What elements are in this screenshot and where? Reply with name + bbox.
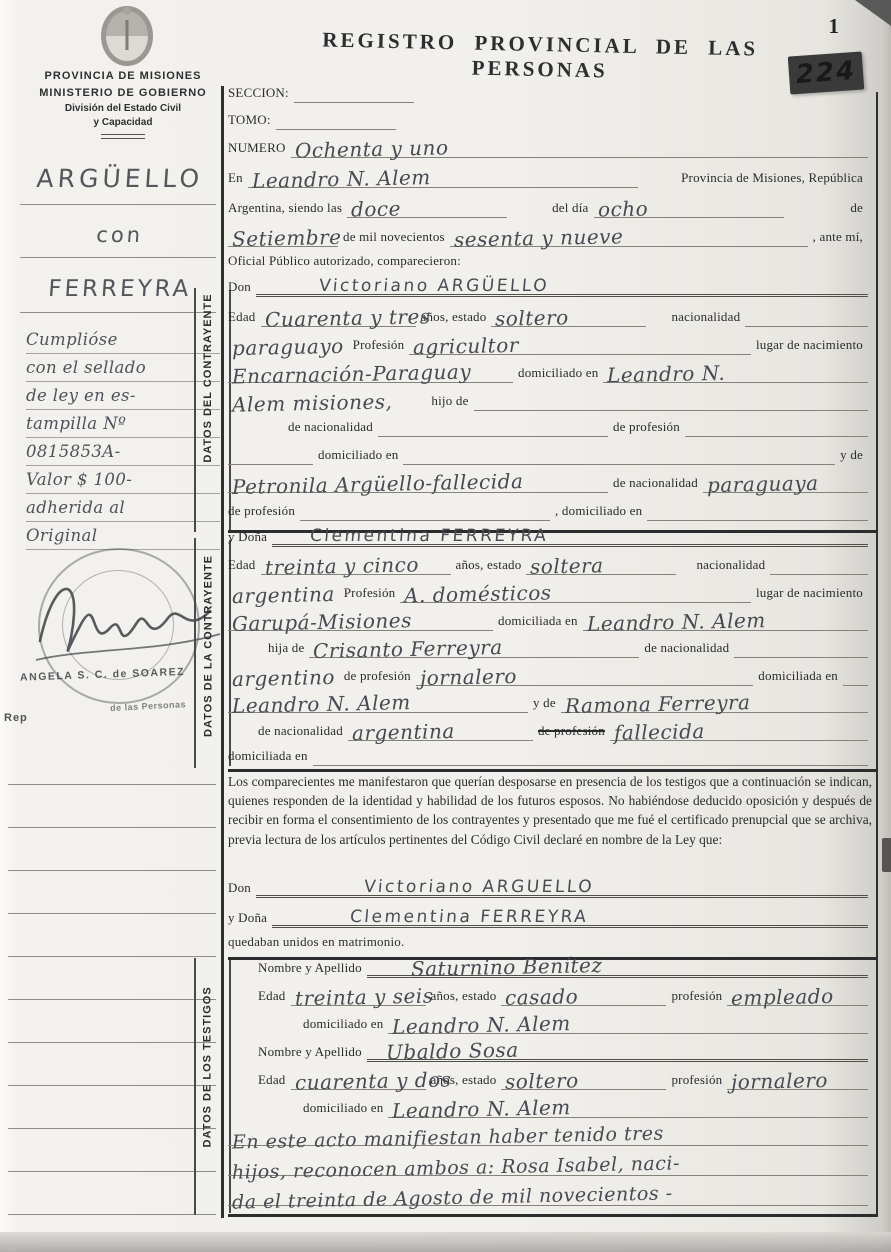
- row-bride-profesion: argentina Profesión A. domésticos lugar …: [228, 577, 868, 603]
- witness2-name: Ubaldo Sosa: [382, 1038, 523, 1065]
- groom-madre-dom-label: , domiciliado en: [550, 503, 647, 521]
- bride-prof-label: Profesión: [339, 585, 401, 603]
- declaration-don-name: Victoriano ARGUELLO: [355, 877, 603, 897]
- bride-madre-name: Ramona Ferreyra: [561, 690, 755, 718]
- row-children-note-3: da el treinta de Agosto de mil novecient…: [228, 1180, 868, 1206]
- bride-padre-dom-blank: [843, 685, 868, 686]
- dia-line: ocho: [594, 193, 784, 218]
- groom-nac-label: nacionalidad: [666, 309, 745, 327]
- groom-edad-line: Cuarenta y tres: [261, 302, 416, 327]
- row-bride-madre-dom: domiciliada en: [228, 740, 868, 766]
- bride-yde-label: y de: [528, 695, 561, 713]
- groom-madre-nac-label: de nacionalidad: [608, 475, 703, 493]
- witness2-prof-line: jornalero: [727, 1065, 868, 1090]
- dia-label: del día: [547, 200, 593, 218]
- case-title-block: ARGÜELLO con FERREYRA: [22, 148, 218, 313]
- row-groom-madre: Petronila Argüello-fallecida de nacional…: [228, 467, 868, 493]
- bride-name: Clementina FERREYRA: [301, 526, 557, 546]
- numero-line: Ochenta y uno: [291, 133, 868, 158]
- groom-nac-blank: [745, 326, 868, 327]
- row-bride-edad: Edad treinta y cinco años, estado solter…: [228, 549, 868, 575]
- bride-prof-value: A. domésticos: [400, 580, 556, 607]
- witness2-dom-value: Leandro N. Alem: [388, 1095, 575, 1123]
- page-number: 1: [829, 14, 840, 39]
- dona-label: y Doña: [228, 529, 272, 547]
- witness1-estado-line: casado: [501, 981, 666, 1006]
- org-divider: [101, 134, 145, 139]
- bride-prof-line: A. domésticos: [400, 578, 751, 603]
- row-tomo: TOMO:: [228, 104, 868, 130]
- row-declaration-dona: y Doña Clementina FERREYRA: [228, 902, 868, 928]
- groom-padre-dom-blank: [403, 464, 835, 465]
- witness1-edad-value: treinta y seis: [290, 983, 437, 1010]
- mes-line: Setiembre: [228, 222, 338, 247]
- groom-padre-dom-lead-blank: [228, 464, 313, 465]
- witness2-edad-value: cuarenta y dos: [290, 1067, 455, 1094]
- bride-madre-dom-blank: [313, 765, 868, 766]
- declaration-dona-line: Clementina FERREYRA: [272, 905, 868, 928]
- row-witness2-edad: Edad cuarenta y dos años, estado soltero…: [228, 1064, 868, 1090]
- witness2-dom-line: Leandro N. Alem: [388, 1093, 868, 1118]
- witness2-edad-line: cuarenta y dos: [291, 1065, 426, 1090]
- groom-name-line: Victoriano ARGÜELLO: [256, 274, 868, 297]
- blank-margin-ruled-lines: [8, 742, 216, 1217]
- row-groom-padre-dom: domiciliado en y de: [228, 439, 868, 465]
- row-witness1-edad: Edad treinta y seis años, estado casado …: [228, 980, 868, 1006]
- groom-side-label: DATOS DEL CONTRAYENTE: [202, 293, 214, 463]
- bride-edad-label: Edad: [228, 557, 261, 575]
- row-groom-madre-prof: de profesión , domiciliado en: [228, 495, 868, 521]
- case-surname-groom: ARGÜELLO: [20, 148, 220, 205]
- marginal-stamp-duty-note: Cumplióse con el sellado de ley en es- t…: [26, 326, 220, 552]
- declaration-paragraph: Los comparecientes me manifestaron que q…: [228, 772, 872, 849]
- hora-value: doce: [347, 196, 405, 221]
- row-lugar: En Leandro N. Alem Provincia de Misiones…: [228, 162, 868, 188]
- declaration-dona-name: Clementina FERREYRA: [341, 907, 597, 927]
- seccion-label: SECCION:: [228, 85, 294, 103]
- bride-padre-dom-line: Leandro N. Alem: [228, 688, 528, 713]
- provincia-label: Provincia de Misiones, República: [676, 170, 868, 188]
- groom-section-outer-line: [194, 288, 196, 532]
- groom-estado-value: soltero: [491, 305, 573, 331]
- groom-padre-dom-label: domiciliado en: [313, 447, 403, 465]
- bride-nacim-line: Garupá-Misiones: [228, 606, 493, 631]
- row-bride-name: y Doña Clementina FERREYRA: [228, 521, 868, 547]
- witness1-estado-value: casado: [501, 984, 583, 1010]
- bride-madre-nac-label: de nacionalidad: [258, 723, 348, 741]
- groom-yde-label: y de: [835, 447, 868, 465]
- bride-padre-nac-label: de nacionalidad: [639, 640, 734, 658]
- bride-section-outer-line: [194, 538, 196, 768]
- bride-name-line: Clementina FERREYRA: [272, 524, 868, 547]
- groom-edad-value: Cuarenta y tres: [260, 304, 434, 332]
- witness2-name-label: Nombre y Apellido: [258, 1044, 367, 1062]
- witness1-prof-value: empleado: [727, 984, 838, 1010]
- groom-madre-prof-label: de profesión: [228, 503, 300, 521]
- groom-nacim-label: lugar de nacimiento: [751, 337, 868, 355]
- witness2-prof-value: jornalero: [727, 1068, 832, 1094]
- page-edge-mark: [882, 838, 891, 872]
- row-seccion: SECCION:: [228, 77, 868, 103]
- oficial-label: Oficial Público autorizado, compareciero…: [228, 253, 466, 271]
- en-label: En: [228, 170, 248, 188]
- witness1-edad-label: Edad: [258, 988, 291, 1006]
- witness1-name: Saturnino Benítez: [407, 953, 607, 981]
- row-groom-nacimiento: Encarnación-Paraguay domiciliado en Lean…: [228, 357, 868, 383]
- row-groom-padre-nac: de nacionalidad de profesión: [228, 411, 868, 437]
- bride-madre-estado-line: fallecida: [610, 716, 868, 741]
- children-note-line-3: da el treinta de Agosto de mil novecient…: [228, 1183, 868, 1206]
- bride-estado-label: años, estado: [451, 557, 527, 575]
- case-surname-bride: FERREYRA: [20, 258, 220, 313]
- bride-padre-nac-blank: [734, 657, 868, 658]
- row-numero: NUMERO Ochenta y uno: [228, 132, 868, 158]
- groom-madre-nac-value: paraguaya: [703, 471, 823, 497]
- row-groom-hijo: Alem misiones, hijo de: [228, 385, 868, 411]
- bride-side-label: DATOS DE LA CONTRAYENTE: [203, 554, 215, 739]
- bride-edad-line: treinta y cinco: [261, 550, 451, 575]
- groom-prof-label: Profesión: [348, 337, 410, 355]
- bride-nac-blank: [770, 574, 868, 575]
- witness2-prof-label: profesión: [666, 1072, 727, 1090]
- lugar-value: Leandro N. Alem: [248, 165, 435, 193]
- groom-padre-prof-blank: [685, 436, 868, 437]
- witness2-estado-line: soltero: [501, 1065, 666, 1090]
- row-bride-madre: Leandro N. Alem y de Ramona Ferreyra: [228, 687, 868, 713]
- bride-madre-nac-line: argentina: [348, 716, 533, 741]
- witness2-name-line: Ubaldo Sosa: [367, 1035, 868, 1062]
- declaration-don-line: Victoriano ARGUELLO: [256, 875, 868, 898]
- row-declaration-don: Don Victoriano ARGUELLO: [228, 872, 868, 898]
- union-label: quedaban unidos en matrimonio.: [228, 934, 409, 952]
- witness1-dom-line: Leandro N. Alem: [388, 1009, 868, 1034]
- row-groom-edad: Edad Cuarenta y tres años, estado solter…: [228, 301, 868, 327]
- bride-madre-dom-label: domiciliada en: [228, 748, 313, 766]
- witness1-name-line: Saturnino Benítez: [367, 951, 868, 978]
- division-name-line2: y Capacidad: [28, 116, 218, 130]
- bride-padre-name: Crisanto Ferreyra: [309, 635, 507, 663]
- groom-dom-label: domiciliado en: [513, 365, 603, 383]
- groom-madre-line: Petronila Argüello-fallecida: [228, 468, 608, 493]
- case-conjunction: con: [20, 205, 220, 258]
- witness-side-label: DATOS DE LOS TESTIGOS: [202, 993, 214, 1148]
- margin-mark: Rep: [4, 712, 28, 724]
- bride-estado-value: soltera: [526, 553, 608, 579]
- witness1-prof-line: empleado: [727, 981, 868, 1006]
- row-oficial: Oficial Público autorizado, compareciero…: [228, 245, 868, 271]
- row-bride-padre-prof: argentino de profesión jornalero domicil…: [228, 660, 868, 686]
- witness-section-outer-line: [194, 958, 196, 1215]
- argentina-label: Argentina, siendo las: [228, 200, 347, 218]
- row-bride-madre-nac: de nacionalidad argentina de profesión f…: [228, 715, 868, 741]
- row-children-note-1: En este acto manifiestan haber tenido tr…: [228, 1120, 868, 1146]
- dia-value: ocho: [593, 196, 652, 221]
- bride-madre-prof-label-struck: de profesión: [533, 723, 610, 741]
- hora-line: doce: [347, 193, 507, 218]
- groom-dom-value1: Leandro N.: [603, 361, 730, 388]
- anio-line: sesenta y nueve: [450, 222, 808, 247]
- argentina-coat-of-arms-icon: [96, 4, 158, 66]
- seccion-blank: [294, 102, 414, 103]
- row-union: quedaban unidos en matrimonio.: [228, 926, 868, 952]
- witness1-prof-label: profesión: [666, 988, 727, 1006]
- bride-hija-label: hija de: [268, 640, 309, 658]
- corner-fold-mark: [855, 0, 891, 26]
- groom-name: Victoriano ARGÜELLO: [310, 276, 558, 296]
- bride-dom-label: domiciliada en: [493, 613, 583, 631]
- division-name-line1: División del Estado Civil: [28, 102, 218, 116]
- tomo-blank: [276, 129, 396, 130]
- witness1-edad-line: treinta y seis: [291, 981, 426, 1006]
- groom-edad-label: Edad: [228, 309, 261, 327]
- groom-hijo-label: hijo de: [426, 393, 473, 411]
- groom-padre-nac-blank: [378, 436, 608, 437]
- form-left-divider: [221, 86, 224, 1218]
- groom-nacim-line: Encarnación-Paraguay: [228, 358, 513, 383]
- declaration-don-label: Don: [228, 880, 256, 898]
- bride-nac-label: nacionalidad: [691, 557, 770, 575]
- row-hora-dia: Argentina, siendo las doce del día ocho …: [228, 192, 868, 218]
- children-note-line-2: hijos, reconocen ambos a: Rosa Isabel, n…: [228, 1153, 868, 1176]
- row-bride-hija: hija de Crisanto Ferreyra de nacionalida…: [228, 632, 868, 658]
- province-name: PROVINCIA DE MISIONES: [28, 68, 218, 85]
- bride-padre-dom-value: Leandro N. Alem: [228, 690, 415, 718]
- issuing-office-block: PROVINCIA DE MISIONES MINISTERIO DE GOBI…: [28, 68, 218, 139]
- de-label: de: [845, 200, 868, 218]
- row-bride-nacimiento: Garupá-Misiones domiciliada en Leandro N…: [228, 605, 868, 631]
- scanned-marriage-record-page: REGISTRO PROVINCIAL DE LAS PERSONAS 1 22…: [0, 0, 891, 1252]
- witness2-edad-label: Edad: [258, 1072, 291, 1090]
- children-note-line-1: En este acto manifiestan haber tenido tr…: [228, 1123, 868, 1146]
- children-note-text-1: En este acto manifiestan haber tenido tr…: [228, 1122, 668, 1153]
- bride-edad-value: treinta y cinco: [260, 552, 422, 579]
- children-note-text-3: da el treinta de Agosto de mil novecient…: [228, 1182, 677, 1213]
- groom-padre-prof-label: de profesión: [608, 419, 685, 437]
- witness2-dom-label: domiciliado en: [303, 1100, 388, 1118]
- groom-prof-line: agricultor: [409, 330, 751, 355]
- bride-padre-dom-label: domiciliada en: [753, 668, 843, 686]
- don-label: Don: [228, 279, 256, 297]
- groom-estado-line: soltero: [491, 302, 646, 327]
- bride-padre-prof-line: jornalero: [416, 661, 753, 686]
- groom-madre-nac-line: paraguaya: [703, 468, 868, 493]
- row-groom-name: Don Victoriano ARGÜELLO: [228, 271, 868, 297]
- row-witness2-name: Nombre y Apellido Ubaldo Sosa: [228, 1036, 868, 1062]
- row-children-note-2: hijos, reconocen ambos a: Rosa Isabel, n…: [228, 1150, 868, 1176]
- bride-madre-line: Ramona Ferreyra: [561, 688, 868, 713]
- row-groom-profesion: paraguayo Profesión agricultor lugar de …: [228, 329, 868, 355]
- witness1-name-label: Nombre y Apellido: [258, 960, 367, 978]
- groom-dom-line: Leandro N.: [603, 358, 868, 383]
- row-mes-anio: Setiembre de mil novecientos sesenta y n…: [228, 221, 868, 247]
- row-witness1-name: Nombre y Apellido Saturnino Benítez: [228, 952, 868, 978]
- bride-nacim-label: lugar de nacimiento: [751, 585, 868, 603]
- row-witness1-dom: domiciliado en Leandro N. Alem: [228, 1008, 868, 1034]
- groom-prof-value: agricultor: [409, 333, 523, 359]
- row-witness2-dom: domiciliado en Leandro N. Alem: [228, 1092, 868, 1118]
- numero-label: NUMERO: [228, 140, 291, 158]
- bride-padre-prof-label: de profesión: [339, 668, 416, 686]
- witness2-estado-value: soltero: [501, 1068, 583, 1094]
- witness1-dom-label: domiciliado en: [303, 1016, 388, 1034]
- lugar-line: Leandro N. Alem: [248, 163, 638, 188]
- numero-value: Ochenta y uno: [290, 135, 452, 162]
- ministry-name: MINISTERIO DE GOBIERNO: [28, 85, 218, 102]
- bride-dom-line: Leandro N. Alem: [583, 606, 868, 631]
- form-body: SECCION: TOMO: NUMERO Ochenta y uno En L…: [228, 77, 878, 1227]
- tomo-label: TOMO:: [228, 112, 276, 130]
- groom-padre-nac-label: de nacionalidad: [288, 419, 378, 437]
- bride-padre-line: Crisanto Ferreyra: [309, 633, 639, 658]
- bride-estado-line: soltera: [526, 550, 676, 575]
